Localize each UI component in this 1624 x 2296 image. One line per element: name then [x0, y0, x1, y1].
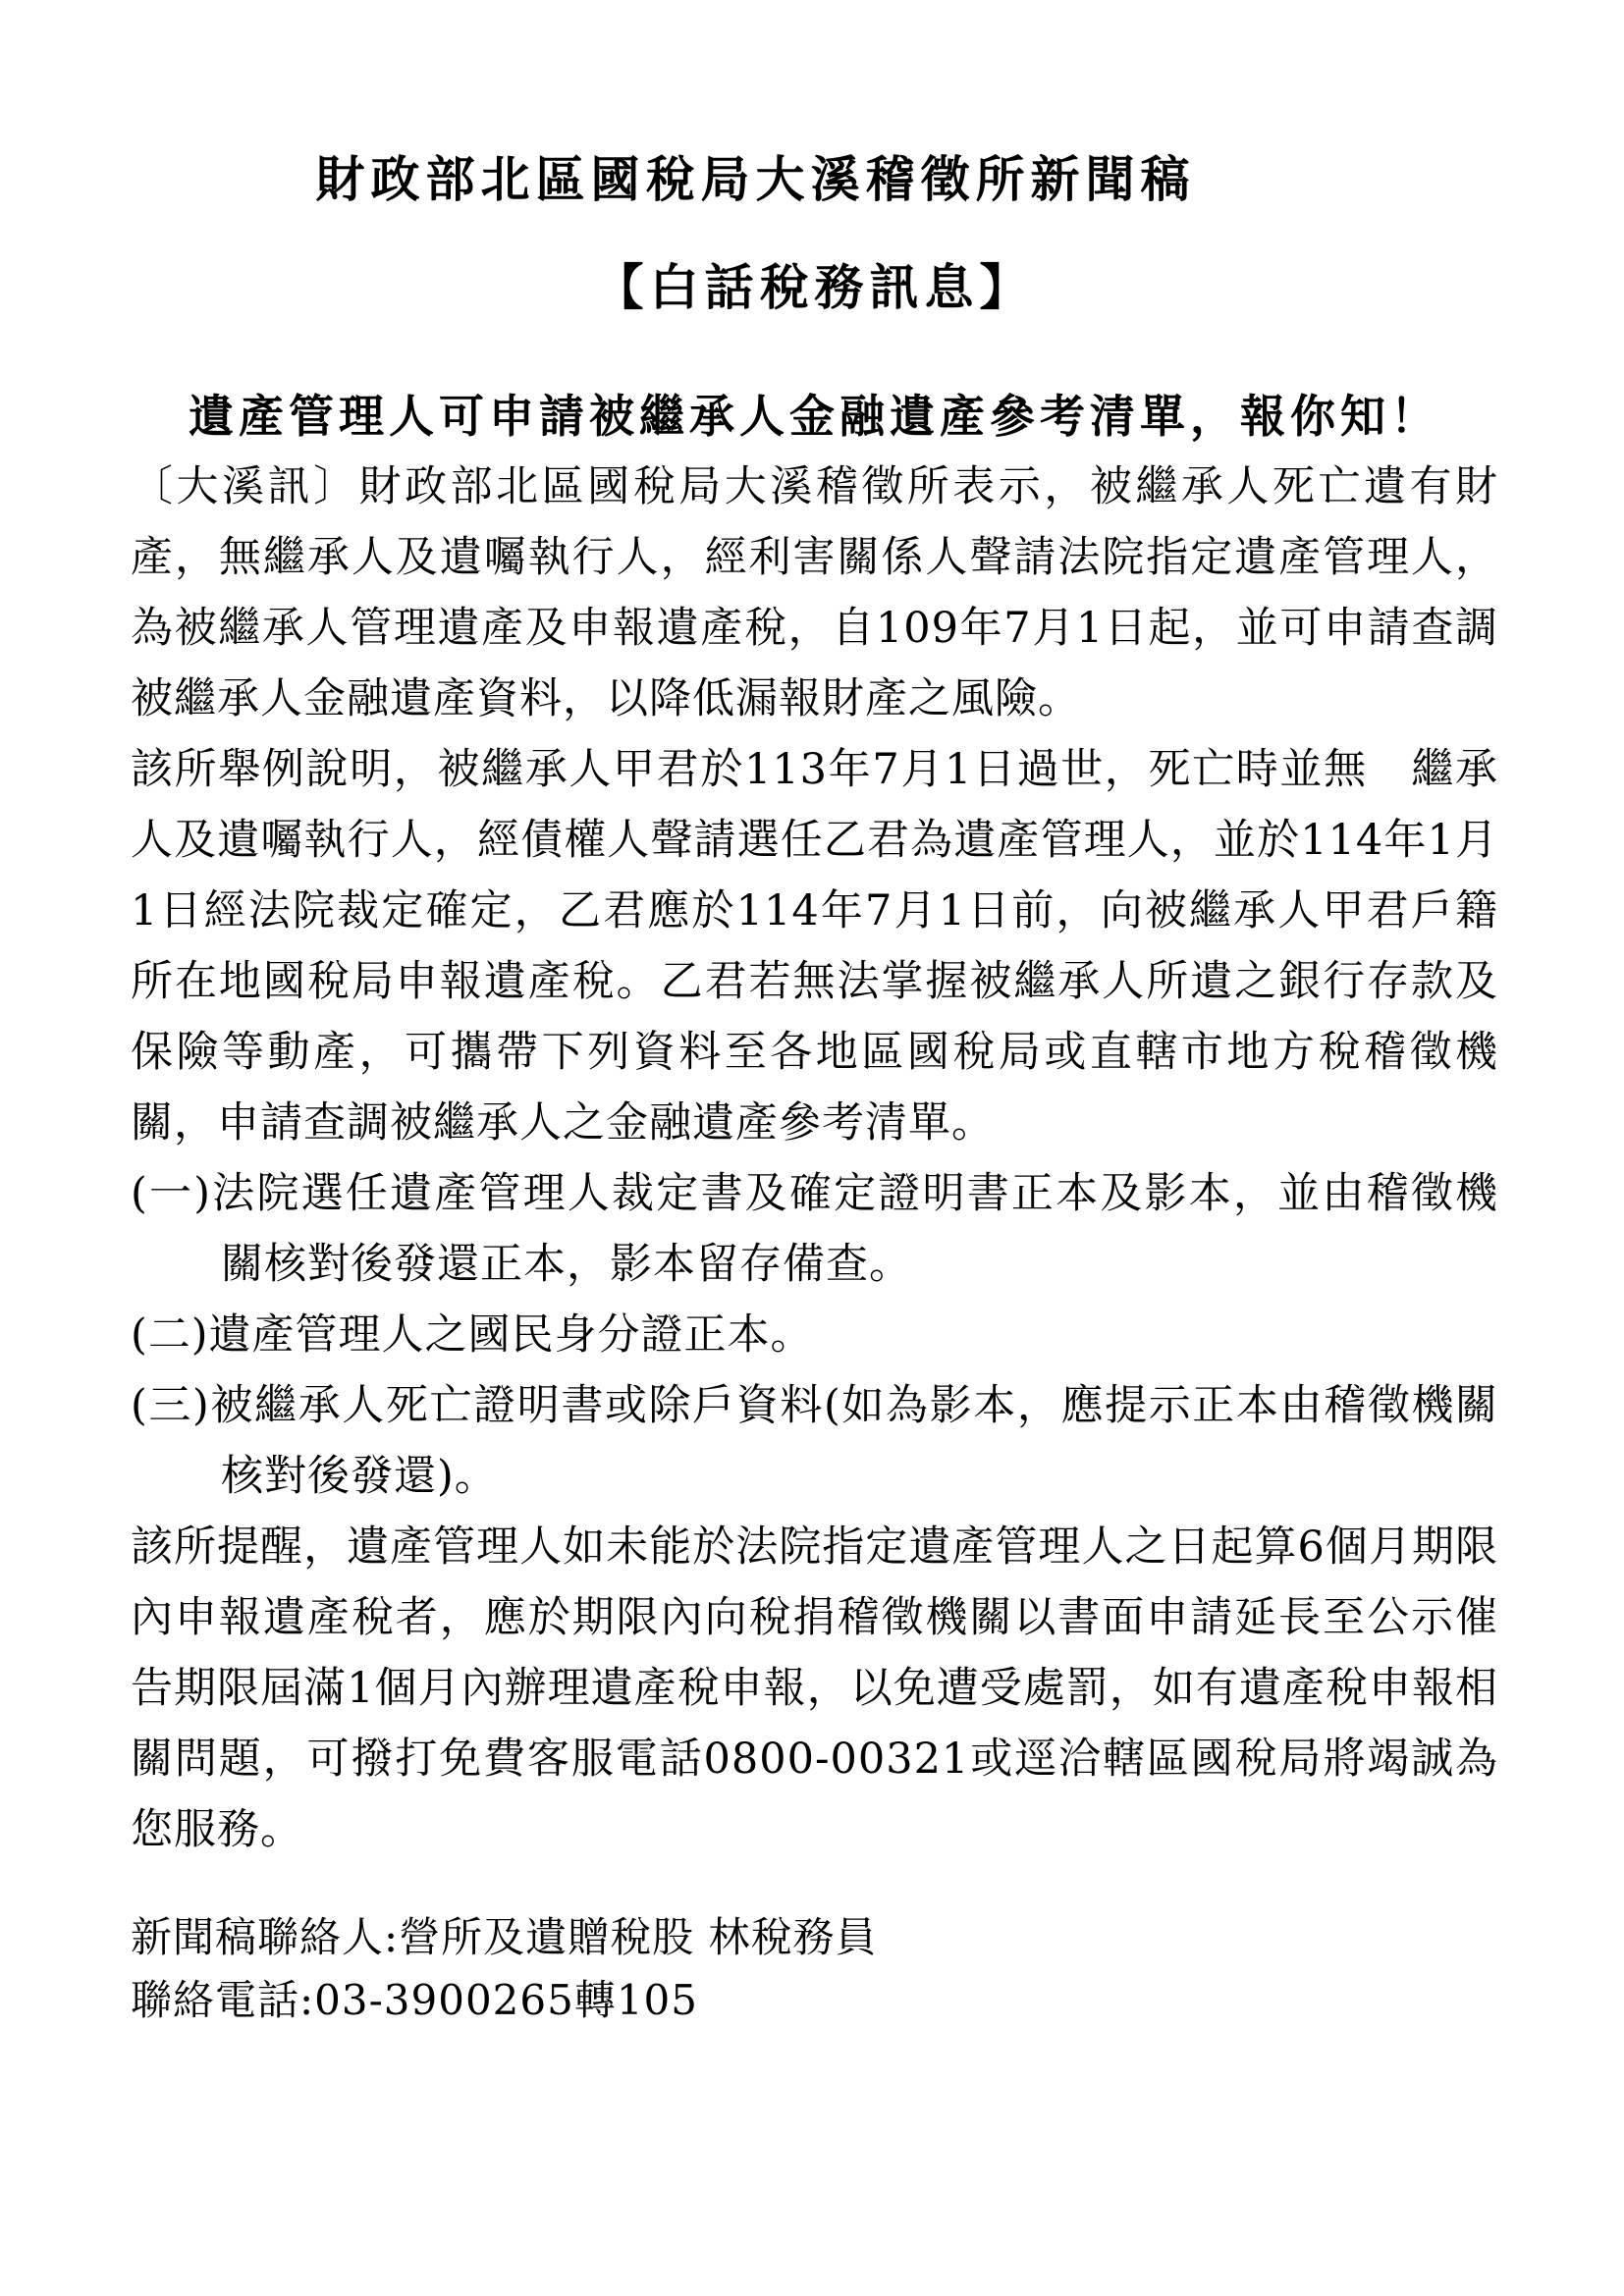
list-item-3: (三)被繼承人死亡證明書或除戶資料(如為影本，應提示正本由稽徵機關核對後發還)。: [131, 1370, 1498, 1512]
headline: 遺產管理人可申請被繼承人金融遺產參考清單，報你知！: [131, 381, 1498, 452]
contact-phone: 聯絡電話:03-3900265轉105: [131, 1969, 1498, 2032]
document-page: 財政部北區國稅局大溪稽徵所新聞稿 【白話稅務訊息】 遺產管理人可申請被繼承人金融…: [0, 0, 1624, 2296]
contact-person: 新聞稿聯絡人:營所及遺贈稅股 林稅務員: [131, 1906, 1498, 1969]
paragraph-reminder: 該所提醒，遺產管理人如未能於法院指定遺產管理人之日起算6個月期限內申報遺產稅者，…: [131, 1512, 1498, 1865]
paragraph-example: 該所舉例說明，被繼承人甲君於113年7月1日過世，死亡時並無 繼承人及遺囑執行人…: [131, 734, 1498, 1158]
list-item-2: (二)遺產管理人之國民身分證正本。: [131, 1300, 1498, 1370]
document-subtitle: 【白話稅務訊息】: [131, 253, 1498, 322]
required-documents-list: (一)法院選任遺產管理人裁定書及確定證明書正本及影本，並由稽徵機關核對後發還正本…: [131, 1158, 1498, 1512]
paragraph-intro: 〔大溪訊〕財政部北區國稅局大溪稽徵所表示，被繼承人死亡遺有財產，無繼承人及遺囑執…: [131, 452, 1498, 734]
contact-block: 新聞稿聯絡人:營所及遺贈稅股 林稅務員 聯絡電話:03-3900265轉105: [131, 1906, 1498, 2032]
document-title: 財政部北區國稅局大溪稽徵所新聞稿: [72, 145, 1439, 214]
list-item-1: (一)法院選任遺產管理人裁定書及確定證明書正本及影本，並由稽徵機關核對後發還正本…: [131, 1158, 1498, 1300]
